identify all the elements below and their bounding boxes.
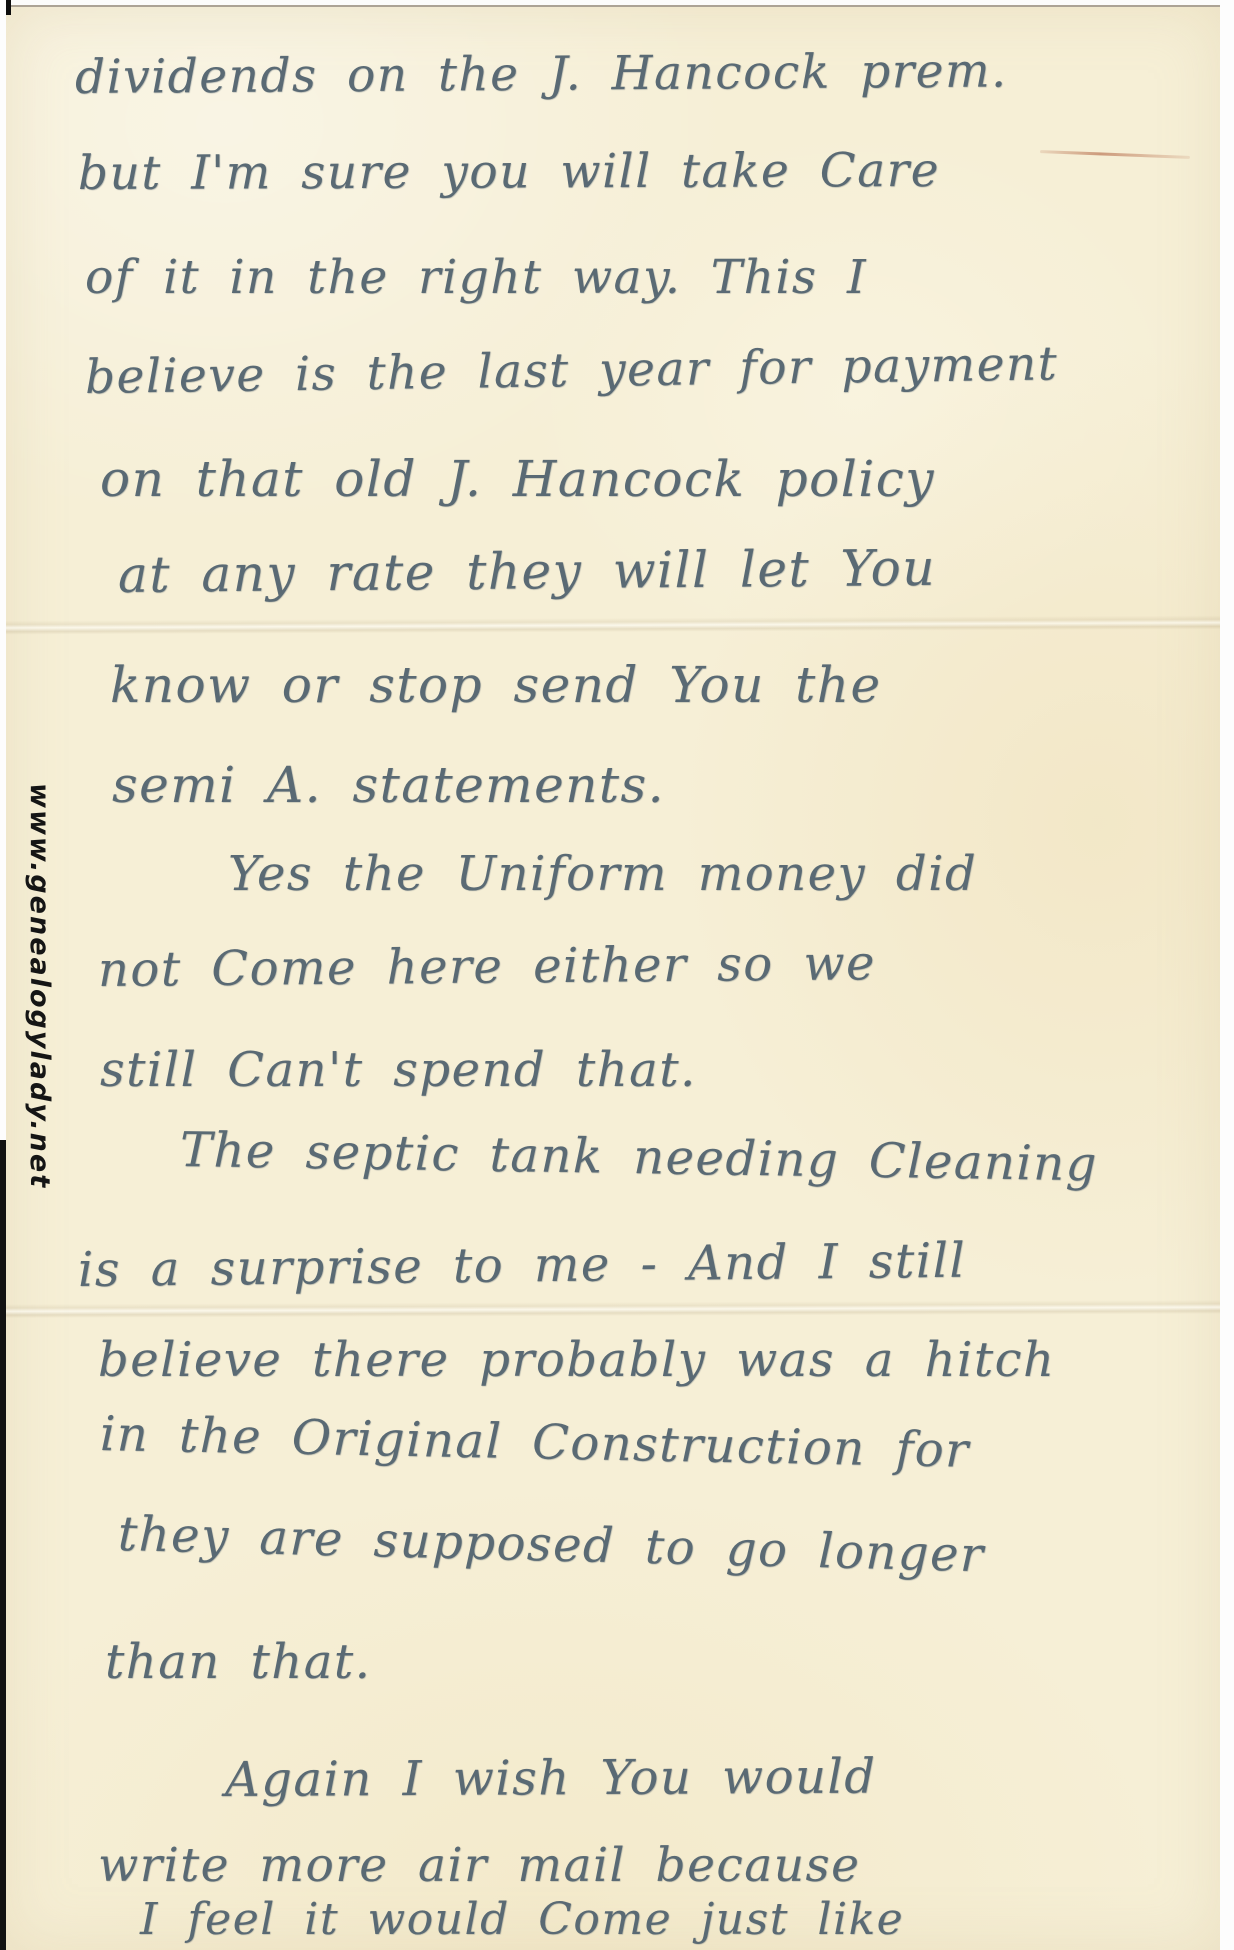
letter-scan: www.genealogylady.net dividends on the J…: [0, 0, 1234, 1950]
handwritten-line: than that.: [105, 1634, 371, 1690]
handwritten-line: dividends on the J. Hancock prem.: [75, 43, 1008, 105]
handwritten-line: Yes the Uniform money did: [228, 846, 977, 902]
scan-right-edge: [1220, 0, 1234, 1950]
scan-left-black-strip: [0, 1140, 6, 1950]
handwritten-line: at any rate they will let You: [118, 539, 936, 604]
handwritten-line: but I'm sure you will take Care: [78, 143, 940, 201]
handwritten-line: of it in the right way. This I: [85, 250, 867, 305]
handwritten-line: is a surprise to me - And I still: [78, 1233, 967, 1298]
handwritten-line: believe there probably was a hitch: [98, 1332, 1055, 1388]
handwritten-line: I feel it would Come just like: [140, 1894, 904, 1945]
scan-left-edge: [0, 0, 6, 1140]
handwritten-line: write more air mail because: [98, 1838, 860, 1893]
handwritten-line: on that old J. Hancock policy: [100, 450, 935, 508]
watermark-url: www.genealogylady.net: [24, 783, 55, 1123]
scan-top-edge-line: [0, 5, 1234, 7]
handwritten-line: not Come here either so we: [98, 935, 876, 998]
handwritten-line: Again I wish You would: [225, 1749, 877, 1808]
handwritten-line: know or stop send You the: [110, 656, 882, 714]
handwritten-line: semi A. statements.: [112, 756, 665, 814]
handwritten-line: still Can't spend that.: [100, 1042, 697, 1098]
